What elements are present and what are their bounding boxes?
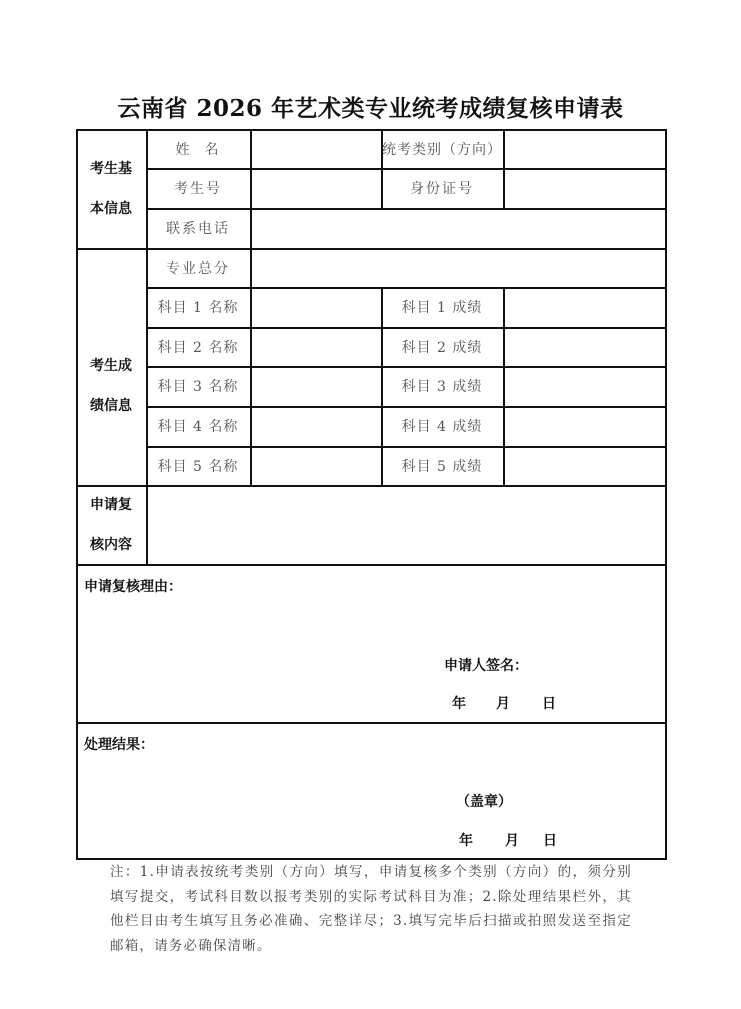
- exam-number-field[interactable]: [251, 169, 381, 208]
- subject-3-score-field[interactable]: [504, 367, 665, 406]
- subject-2-score-field[interactable]: [504, 328, 665, 366]
- subject-2-name-field[interactable]: [251, 328, 381, 366]
- review-content-field[interactable]: [148, 487, 665, 564]
- name-field[interactable]: [251, 130, 381, 168]
- subject-3-score-label: 科目 3 成绩: [381, 366, 503, 406]
- applicant-signature-label: 申请人签名：: [444, 655, 528, 675]
- processing-result-heading: 处理结果：: [84, 734, 154, 754]
- id-number-field[interactable]: [504, 169, 665, 208]
- review-content-label-line2: 核内容: [90, 525, 132, 565]
- result-date-year: 年: [459, 830, 473, 850]
- phone-label: 联系电话: [146, 208, 250, 248]
- subject-4-name-field[interactable]: [251, 407, 381, 446]
- subject-1-name-field[interactable]: [251, 288, 381, 327]
- score-info-label-line2: 绩信息: [90, 386, 132, 426]
- form-title: 云南省 2026 年艺术类专业统考成绩复核申请表: [0, 90, 741, 123]
- review-date-day: 日: [542, 693, 556, 713]
- score-info-group-label: 考生成 绩信息: [76, 248, 146, 485]
- subject-2-name-label: 科目 2 名称: [146, 327, 250, 366]
- exam-category-label: 统考类别（方向）: [381, 129, 503, 168]
- review-content-label: 申请复 核内容: [76, 485, 146, 564]
- phone-field[interactable]: [251, 209, 665, 248]
- subject-5-score-label: 科目 5 成绩: [381, 446, 503, 485]
- review-application-form: 考生基 本信息 姓 名 统考类别（方向） 考生号 身份证号 联系电话 考生成 绩…: [76, 129, 666, 859]
- basic-info-label-line1: 考生基: [90, 149, 132, 189]
- basic-info-label-line2: 本信息: [90, 189, 132, 229]
- subject-1-score-label: 科目 1 成绩: [381, 287, 503, 327]
- subject-4-score-label: 科目 4 成绩: [381, 406, 503, 446]
- subject-4-score-field[interactable]: [504, 407, 665, 446]
- subject-1-score-field[interactable]: [504, 288, 665, 327]
- subject-5-score-field[interactable]: [504, 447, 665, 485]
- total-score-label: 专业总分: [146, 248, 250, 287]
- row-divider: [76, 564, 666, 566]
- basic-info-group-label: 考生基 本信息: [76, 129, 146, 248]
- subject-5-name-label: 科目 5 名称: [146, 446, 250, 485]
- result-date-day: 日: [543, 830, 557, 850]
- subject-3-name-label: 科目 3 名称: [146, 366, 250, 406]
- exam-number-label: 考生号: [146, 168, 250, 208]
- review-date-month: 月: [496, 693, 510, 713]
- row-divider: [76, 722, 666, 724]
- total-score-field[interactable]: [251, 249, 665, 287]
- subject-3-name-field[interactable]: [251, 367, 381, 406]
- subject-2-score-label: 科目 2 成绩: [381, 327, 503, 366]
- border-right: [665, 129, 667, 860]
- review-reason-field[interactable]: [78, 599, 664, 649]
- id-number-label: 身份证号: [381, 168, 503, 208]
- name-label: 姓 名: [146, 129, 250, 168]
- form-note: 注：1.申请表按统考类别（方向）填写，申请复核多个类别（方向）的，须分别填写提交…: [110, 860, 632, 958]
- score-info-label-line1: 考生成: [90, 346, 132, 386]
- review-reason-heading: 申请复核理由：: [84, 576, 182, 596]
- subject-1-name-label: 科目 1 名称: [146, 287, 250, 327]
- review-content-label-line1: 申请复: [90, 485, 132, 525]
- review-date-year: 年: [452, 693, 466, 713]
- subject-5-name-field[interactable]: [251, 447, 381, 485]
- subject-4-name-label: 科目 4 名称: [146, 406, 250, 446]
- seal-label: （盖章）: [456, 791, 512, 811]
- exam-category-field[interactable]: [504, 130, 665, 168]
- result-date-month: 月: [505, 830, 519, 850]
